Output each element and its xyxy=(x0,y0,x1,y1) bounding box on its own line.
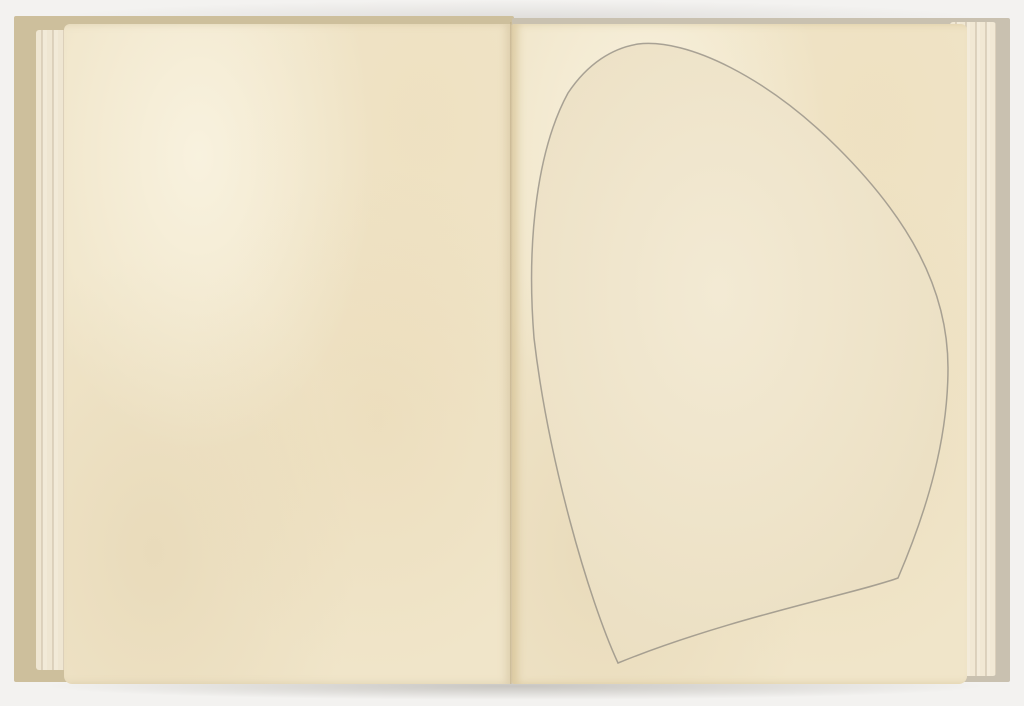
embossed-shape xyxy=(528,38,954,668)
book-spine xyxy=(510,22,513,684)
left-page xyxy=(64,24,512,684)
